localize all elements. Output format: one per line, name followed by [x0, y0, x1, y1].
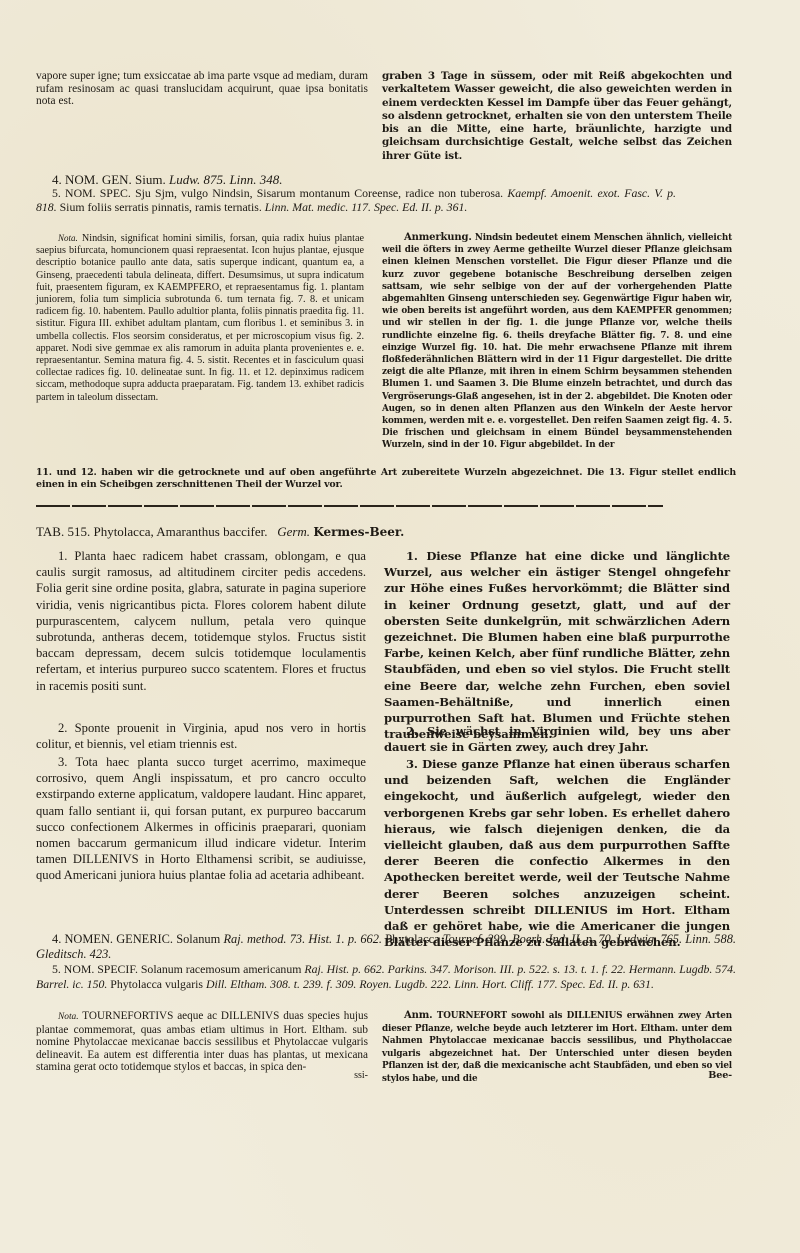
plate-heading-german: Kermes-Beer. [313, 525, 404, 539]
nom-specif: 5. NOM. SPECIF. Solanum racemosum americ… [36, 962, 736, 991]
anmerkung-label: Anmerkung. [404, 232, 472, 243]
anmerkung-tail: 11. und 12. haben wir die getrocknete un… [36, 467, 736, 492]
nom-spec-label: 5. NOM. SPEC. Sju Sjm, vulgo Nindsin, Si… [52, 186, 503, 200]
nota-label: Nota. [58, 233, 78, 243]
bottom-nota-label: Nota. [58, 1012, 79, 1022]
german-continuation: graben 3 Tage in süssem, oder mit Reiß a… [382, 70, 732, 163]
anmerkung-german: Anmerkung. Nindsin bedeutet einem Mensch… [382, 232, 732, 452]
nom-spec-text2: Sium foliis serratis pinnatis, ramis ter… [60, 200, 262, 214]
nomen-generic-refs1: Raj. method. 73. Hist. 1. p. 662. [223, 932, 382, 946]
nota-latin: Nota. Nindsin, significat homini similis… [36, 232, 364, 404]
nom-specif-label: 5. NOM. SPECIF. Solanum racemosum americ… [52, 962, 301, 976]
nomen-generic-label: 4. NOMEN. GENERIC. Solanum [52, 932, 220, 946]
latin-item-2: 2. Sponte prouenit in Virginia, apud nos… [36, 720, 366, 752]
book-page: vapore super igne; tum exsiccatae ab ima… [0, 0, 800, 1253]
nom-spec-ref2: Linn. Mat. medic. 117. Spec. Ed. II. p. … [265, 200, 468, 214]
latin-item-3: 3. Tota haec planta succo turget acerrim… [36, 754, 366, 884]
german-item-3: 3. Diese ganze Pflanze hat einen überaus… [384, 756, 730, 950]
nom-specif-text2: Phytolacca vulgaris [110, 977, 203, 991]
german-item-2: 2. Sie wächst in Virginien wild, bey uns… [384, 723, 730, 755]
bottom-nota-latin: Nota. TOURNEFORTIVS aeque ac DILLENIVS d… [36, 1010, 368, 1074]
section-divider [36, 505, 663, 507]
anmerkung-text: Nindsin bedeutet einem Menschen ähnlich,… [382, 233, 732, 450]
bottom-anm-label: Anm. [404, 1010, 433, 1021]
nom-gen-label: 4. NOM. GEN. Sium. [52, 172, 166, 187]
latin-item-1: 1. Planta haec radicem habet crassam, ob… [36, 548, 366, 694]
plate-heading-germ-label: Germ. [277, 524, 310, 539]
nomen-generic-text2: Phytolacca [385, 932, 439, 946]
nom-specif-refs2: Dill. Eltham. 308. t. 239. f. 309. Royen… [206, 977, 654, 991]
bottom-nota-text: TOURNEFORTIVS aeque ac DILLENIVS duas sp… [36, 1010, 368, 1073]
nomen-generic: 4. NOMEN. GENERIC. Solanum Raj. method. … [36, 932, 736, 962]
german-item-1: 1. Diese Pflanze hat eine dicke und läng… [384, 548, 730, 742]
latin-continuation: vapore super igne; tum exsiccatae ab ima… [36, 70, 368, 108]
nom-gen-refs: Ludw. 875. Linn. 348. [169, 172, 283, 187]
catchword-latin: ssi- [36, 1070, 368, 1082]
nom-spec: 5. NOM. SPEC. Sju Sjm, vulgo Nindsin, Si… [36, 186, 676, 214]
plate-heading: TAB. 515. Phytolacca, Amaranthus baccife… [36, 524, 676, 540]
nota-text: Nindsin, significat homini similis, fors… [36, 233, 364, 403]
nom-gen: 4. NOM. GEN. Sium. Ludw. 875. Linn. 348. [52, 172, 452, 187]
catchword-german: Bee- [382, 1070, 732, 1082]
plate-heading-latin: TAB. 515. Phytolacca, Amaranthus baccife… [36, 524, 267, 539]
